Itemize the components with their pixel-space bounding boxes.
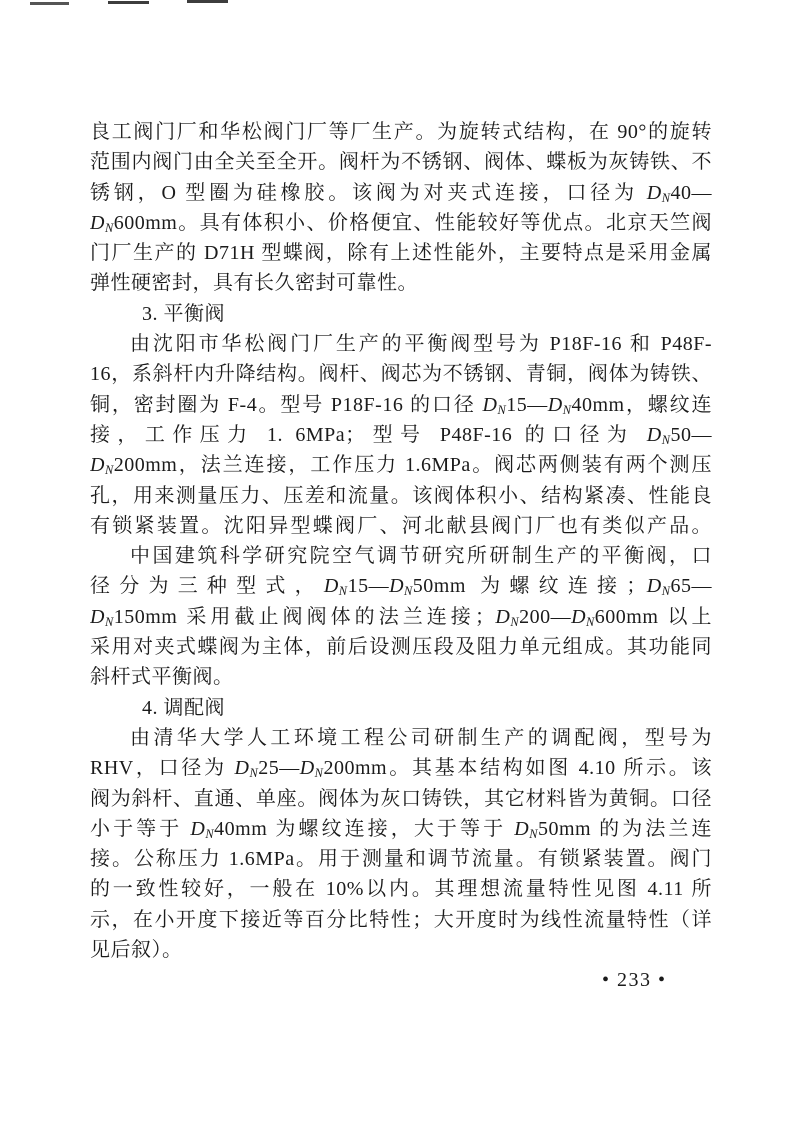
pipe-diameter-symbol: DN: [647, 575, 671, 597]
scanned-page: 良工阀门厂和华松阀门厂等厂生产。为旋转式结构，在 90°的旋转范围内阀门由全关至…: [0, 0, 793, 1121]
text-line-15: 中国建筑科学研究院空气调节研究所研制生产的平衡阀，口: [90, 541, 712, 571]
page-number: • 233 •: [602, 969, 667, 992]
pipe-diameter-symbol: DN: [235, 757, 259, 779]
text-line-2: 范围内阀门由全关至全开。阀杆为不锈钢、阀体、蝶板为灰铸铁、不: [90, 147, 712, 177]
scan-artifact-rule-3: [187, 0, 228, 3]
text-line-13: 孔，用来测量压力、压差和流量。该阀体积小、结构紧凑、性能良好。: [90, 481, 712, 511]
text-line-11: 接，工作压力 1. 6MPa；型号 P48F-16 的口径为 DN50—: [90, 420, 712, 450]
pipe-diameter-symbol: DN: [190, 818, 214, 840]
pipe-diameter-symbol: DN: [514, 818, 538, 840]
text-line-7: 3. 平衡阀: [90, 299, 712, 329]
text-line-24: 小于等于 DN40mm 为螺纹连接，大于等于 DN50mm 的为法兰连: [90, 814, 712, 844]
text-line-16: 径分为三种型式，DN15—DN50mm 为螺纹连接；DN65—: [90, 571, 712, 601]
text-line-27: 示，在小开度下接近等百分比特性；大开度时为线性流量特性（详: [90, 905, 712, 935]
text-line-21: 由清华大学人工环境工程公司研制生产的调配阀，型号为: [90, 723, 712, 753]
text-line-18: 采用对夹式蝶阀为主体，前后设测压段及阻力单元组成。其功能同: [90, 632, 712, 662]
text-line-8: 由沈阳市华松阀门厂生产的平衡阀型号为 P18F-16 和 P48F-: [90, 329, 712, 359]
pipe-diameter-symbol: DN: [647, 182, 671, 204]
pipe-diameter-symbol: DN: [647, 424, 671, 446]
scan-artifact-rule-2: [108, 1, 149, 4]
text-line-1: 良工阀门厂和华松阀门厂等厂生产。为旋转式结构，在 90°的旋转: [90, 117, 712, 147]
pipe-diameter-symbol: DN: [324, 575, 348, 597]
pipe-diameter-symbol: DN: [495, 606, 519, 628]
text-line-9: 16，系斜杆内升降结构。阀杆、阀芯为不锈钢、青铜，阀体为铸铁、青: [90, 359, 712, 389]
pipe-diameter-symbol: DN: [90, 212, 114, 234]
text-line-28: 见后叙）。: [90, 935, 712, 965]
text-line-10: 铜，密封圈为 F-4。型号 P18F-16 的口径 DN15—DN40mm，螺纹…: [90, 390, 712, 420]
text-line-22: RHV，口径为 DN25—DN200mm。其基本结构如图 4.10 所示。该: [90, 753, 712, 783]
text-line-4: DN600mm。具有体积小、价格便宜、性能较好等优点。北京天竺阀: [90, 208, 712, 238]
text-line-20: 4. 调配阀: [90, 693, 712, 723]
text-line-3: 锈钢，O 型圈为硅橡胶。该阀为对夹式连接，口径为 DN40—: [90, 178, 712, 208]
text-line-5: 门厂生产的 D71H 型蝶阀，除有上述性能外，主要特点是采用金属: [90, 238, 712, 268]
pipe-diameter-symbol: DN: [300, 757, 324, 779]
text-line-12: DN200mm，法兰连接，工作压力 1.6MPa。阀芯两侧装有两个测压: [90, 450, 712, 480]
text-line-17: DN150mm 采用截止阀阀体的法兰连接；DN200—DN600mm 以上: [90, 602, 712, 632]
pipe-diameter-symbol: DN: [389, 575, 413, 597]
scan-artifact-rule-1: [30, 2, 69, 5]
text-line-19: 斜杆式平衡阀。: [90, 662, 712, 692]
text-line-23: 阀为斜杆、直通、单座。阀体为灰口铸铁，其它材料皆为黄铜。口径: [90, 784, 712, 814]
pipe-diameter-symbol: DN: [483, 394, 507, 416]
pipe-diameter-symbol: DN: [571, 606, 595, 628]
text-line-6: 弹性硬密封，具有长久密封可靠性。: [90, 268, 712, 298]
pipe-diameter-symbol: DN: [90, 454, 114, 476]
text-line-26: 的一致性较好，一般在 10%以内。其理想流量特性见图 4.11 所: [90, 874, 712, 904]
pipe-diameter-symbol: DN: [90, 606, 114, 628]
pipe-diameter-symbol: DN: [548, 394, 572, 416]
text-line-25: 接。公称压力 1.6MPa。用于测量和调节流量。有锁紧装置。阀门: [90, 844, 712, 874]
text-line-14: 有锁紧装置。沈阳异型蝶阀厂、河北献县阀门厂也有类似产品。: [90, 511, 712, 541]
body-text-block: 良工阀门厂和华松阀门厂等厂生产。为旋转式结构，在 90°的旋转范围内阀门由全关至…: [90, 117, 712, 965]
